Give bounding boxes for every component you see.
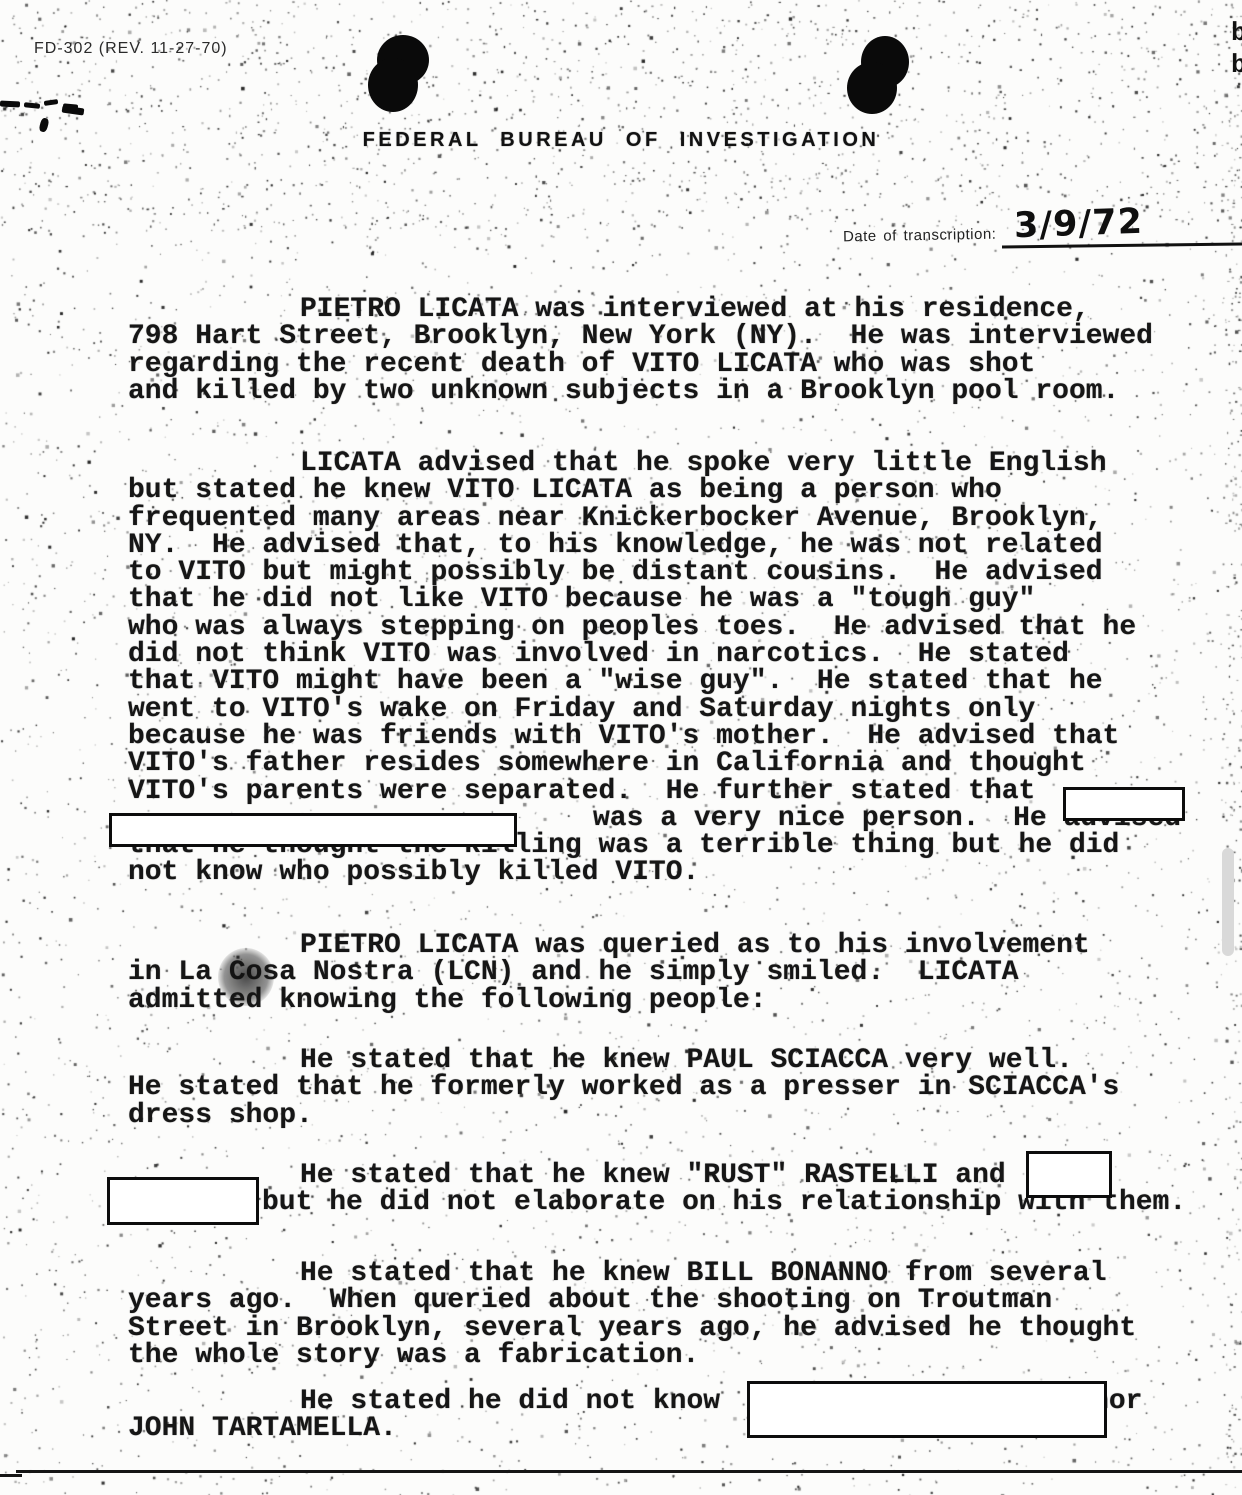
form-number: FD-302 (REV. 11-27-70) bbox=[34, 40, 228, 58]
redaction-box bbox=[107, 1177, 259, 1225]
text-line: and killed by two unknown subjects in a … bbox=[128, 378, 1153, 405]
text-line: the whole story was a fabrication. bbox=[128, 1342, 1136, 1369]
text-line: He stated that he formerly worked as a p… bbox=[128, 1074, 1119, 1101]
text-line: regarding the recent death of VITO LICAT… bbox=[128, 351, 1153, 378]
text-line: that VITO might have been a "wise guy". … bbox=[128, 668, 1181, 695]
text-line: did not think VITO was involved in narco… bbox=[128, 641, 1181, 668]
ink-smudge bbox=[218, 948, 274, 1006]
edge-text-fragment: b bbox=[1231, 50, 1242, 80]
redaction-box bbox=[1026, 1151, 1112, 1198]
date-of-transcription-label: Date of transcription: bbox=[843, 226, 997, 246]
text-line: who was always stepping on peoples toes.… bbox=[128, 614, 1181, 641]
text-line: not know who possibly killed VITO. bbox=[128, 859, 1181, 886]
text-line: 798 Hart Street, Brooklyn, New York (NY)… bbox=[128, 323, 1153, 350]
redaction-box bbox=[109, 813, 517, 847]
text-line: but stated he knew VITO LICATA as being … bbox=[128, 477, 1181, 504]
redaction-box bbox=[747, 1381, 1107, 1438]
paragraph-1: PIETRO LICATA was interviewed at his res… bbox=[128, 296, 1153, 405]
text-line: because he was friends with VITO's mothe… bbox=[128, 723, 1181, 750]
text-line: PIETRO LICATA was queried as to his invo… bbox=[128, 932, 1090, 959]
scrollbar-thumb[interactable] bbox=[1222, 848, 1234, 956]
text-line: dress shop. bbox=[128, 1102, 1119, 1129]
footer-divider-tick bbox=[0, 1474, 22, 1477]
text-line: VITO's parents were separated. He furthe… bbox=[128, 778, 1181, 805]
scanned-document-page: FD-302 (REV. 11-27-70) FEDERAL BUREAU OF… bbox=[0, 0, 1242, 1495]
text-line: NY. He advised that, to his knowledge, h… bbox=[128, 532, 1181, 559]
paragraph-6: He stated that he knew BILL BONANNO from… bbox=[128, 1260, 1136, 1369]
text-line: He stated that he knew BILL BONANNO from… bbox=[128, 1260, 1136, 1287]
ink-blob-icon bbox=[840, 30, 920, 120]
pen-mark bbox=[0, 100, 20, 107]
text-line: admitted knowing the following people: bbox=[128, 987, 1090, 1014]
redaction-box bbox=[1063, 787, 1185, 821]
text-line: PIETRO LICATA was interviewed at his res… bbox=[128, 296, 1153, 323]
page-title: FEDERAL BUREAU OF INVESTIGATION bbox=[363, 129, 880, 152]
text-line: that he did not like VITO because he was… bbox=[128, 586, 1181, 613]
text-line: Street in Brooklyn, several years ago, h… bbox=[128, 1315, 1136, 1342]
text-line: went to VITO's wake on Friday and Saturd… bbox=[128, 696, 1181, 723]
edge-text-fragment: b bbox=[1231, 18, 1242, 48]
text-line: frequented many areas near Knickerbocker… bbox=[128, 505, 1181, 532]
paragraph-4: He stated that he knew PAUL SCIACCA very… bbox=[128, 1047, 1119, 1129]
text-line: LICATA advised that he spoke very little… bbox=[128, 450, 1181, 477]
footer-divider-line bbox=[16, 1470, 1242, 1473]
date-of-transcription-value: 3/9/72 bbox=[1013, 202, 1143, 246]
ink-blob-icon bbox=[360, 30, 440, 115]
text-line: VITO's father resides somewhere in Calif… bbox=[128, 750, 1181, 777]
text-line: to VITO but might possibly be distant co… bbox=[128, 559, 1181, 586]
text-line: years ago. When queried about the shooti… bbox=[128, 1287, 1136, 1314]
text-line: He stated that he knew PAUL SCIACCA very… bbox=[128, 1047, 1119, 1074]
